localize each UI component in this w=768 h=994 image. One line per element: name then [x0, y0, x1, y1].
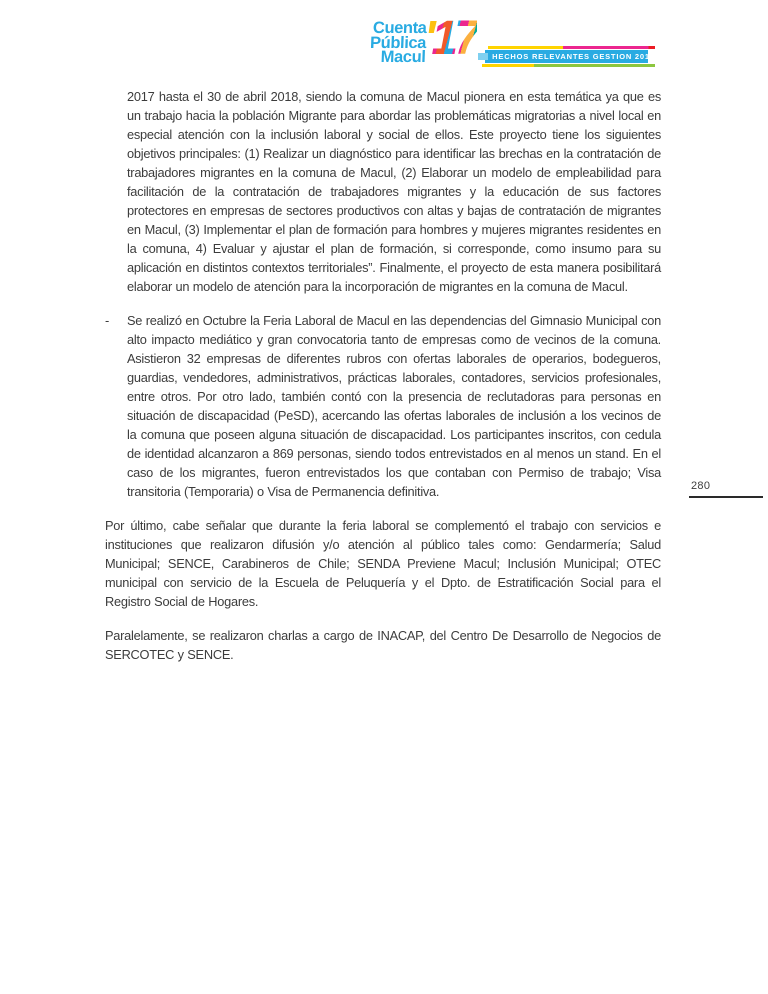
list-item-text: Se realizó en Octubre la Feria Laboral d… [127, 311, 661, 501]
document-body: 2017 hasta el 30 de abril 2018, siendo l… [105, 87, 661, 679]
logo-year-17: '17 [424, 10, 477, 68]
page-number-block: 280 [689, 480, 763, 498]
list-item-feria-laboral: - Se realizó en Octubre la Feria Laboral… [105, 311, 661, 501]
banner-title: HECHOS RELEVANTES GESTION 2017 [492, 52, 655, 61]
banner-blue-bar: HECHOS RELEVANTES GESTION 2017 [485, 50, 648, 63]
document-page: Cuenta Pública Macul '17 HECHOS RELEVANT… [0, 0, 768, 994]
bullet-dash: - [105, 311, 127, 501]
banner-bottom-stripe [482, 64, 655, 67]
paragraph-charlas: Paralelamente, se realizaron charlas a c… [105, 626, 661, 664]
header-banner: HECHOS RELEVANTES GESTION 2017 [482, 46, 655, 67]
banner-top-stripe [488, 46, 655, 49]
page-number: 280 [689, 480, 763, 492]
paragraph-migrants-project: 2017 hasta el 30 de abril 2018, siendo l… [127, 87, 661, 296]
cuenta-publica-macul-logo: Cuenta Pública Macul [335, 21, 427, 65]
logo-line-macul: Macul [335, 50, 426, 65]
banner-left-cap [478, 53, 488, 60]
paragraph-servicios-instituciones: Por último, cabe señalar que durante la … [105, 516, 661, 611]
